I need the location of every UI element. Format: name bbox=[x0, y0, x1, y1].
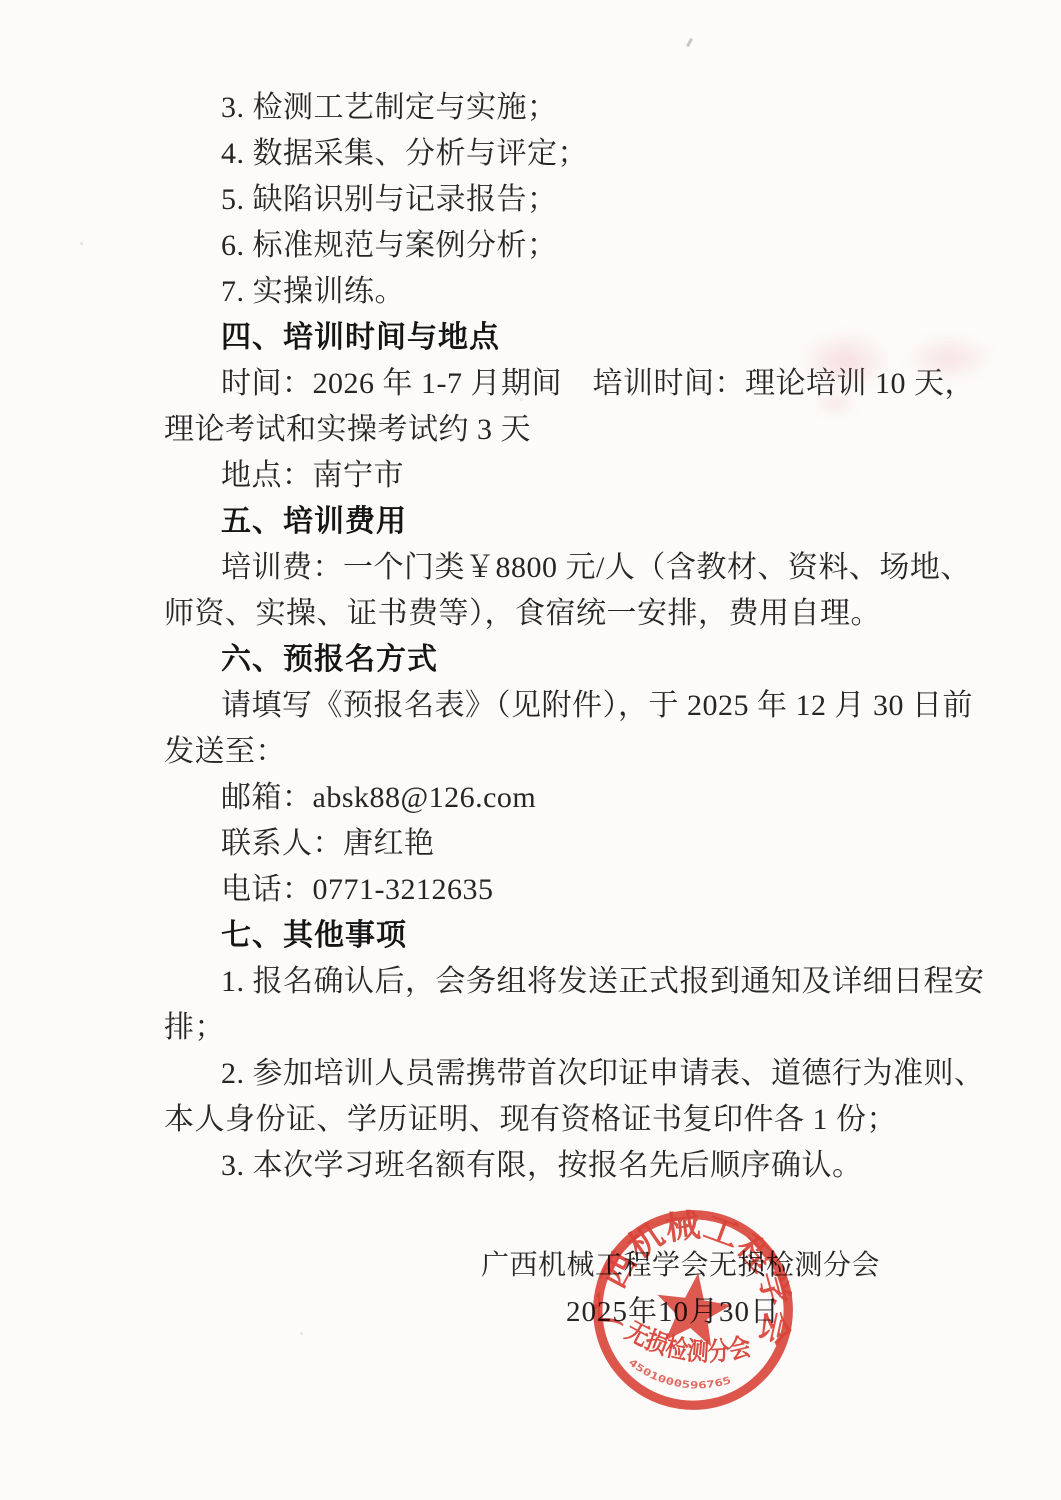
heading-section-7: 七、其他事项 bbox=[164, 913, 924, 959]
line-fee-cont: 师资、实操、证书费等），食宿统一安排，费用自理。 bbox=[164, 591, 924, 637]
line-note-2-cont: 本人身份证、学历证明、现有资格证书复印件各 1 份； bbox=[164, 1097, 924, 1143]
line-contact: 联系人：唐红艳 bbox=[164, 821, 924, 867]
scan-speck bbox=[300, 1332, 303, 1335]
line-register: 请填写《预报名表》（见附件），于 2025 年 12 月 30 日前 bbox=[164, 683, 924, 729]
line-location: 地点：南宁市 bbox=[164, 453, 924, 499]
document-page: 3. 检测工艺制定与实施； 4. 数据采集、分析与评定； 5. 缺陷识别与记录报… bbox=[0, 0, 1061, 1500]
seal-ring-text-holder: 广西机械工程学会 bbox=[586, 1202, 801, 1354]
list-item-7: 7. 实操训练。 bbox=[164, 269, 924, 315]
list-item-3: 3. 检测工艺制定与实施； bbox=[164, 85, 924, 131]
list-item-5: 5. 缺陷识别与记录报告； bbox=[164, 177, 924, 223]
line-note-1: 1. 报名确认后，会务组将发送正式报到通知及详细日程安 bbox=[164, 959, 924, 1005]
line-note-1-cont: 排； bbox=[164, 1005, 924, 1051]
seal-ring-text: 广西机械工程学会 bbox=[586, 1202, 801, 1354]
list-item-6: 6. 标准规范与案例分析； bbox=[164, 223, 924, 269]
line-note-2: 2. 参加培训人员需携带首次印证申请表、道德行为准则、 bbox=[164, 1051, 924, 1097]
document-body: 3. 检测工艺制定与实施； 4. 数据采集、分析与评定； 5. 缺陷识别与记录报… bbox=[164, 85, 924, 1189]
line-time-cont: 理论考试和实操考试约 3 天 bbox=[164, 407, 924, 453]
scan-speck bbox=[686, 38, 693, 47]
line-register-cont: 发送至： bbox=[164, 729, 924, 775]
heading-section-4: 四、培训时间与地点 bbox=[164, 315, 924, 361]
line-phone: 电话：0771-3212635 bbox=[164, 867, 924, 913]
line-time: 时间：2026 年 1-7 月期间 培训时间：理论培训 10 天， bbox=[164, 361, 924, 407]
heading-section-5: 五、培训费用 bbox=[164, 499, 924, 545]
heading-section-6: 六、预报名方式 bbox=[164, 637, 924, 683]
line-fee: 培训费：一个门类￥8800 元/人（含教材、资料、场地、 bbox=[164, 545, 924, 591]
official-seal-stamp: 广西机械工程学会 无损检测分会 4501000596765 bbox=[585, 1202, 801, 1418]
line-email: 邮箱：absk88@126.com bbox=[164, 775, 924, 821]
scan-speck bbox=[80, 242, 83, 245]
line-note-3: 3. 本次学习班名额有限，按报名先后顺序确认。 bbox=[164, 1143, 924, 1189]
list-item-4: 4. 数据采集、分析与评定； bbox=[164, 131, 924, 177]
